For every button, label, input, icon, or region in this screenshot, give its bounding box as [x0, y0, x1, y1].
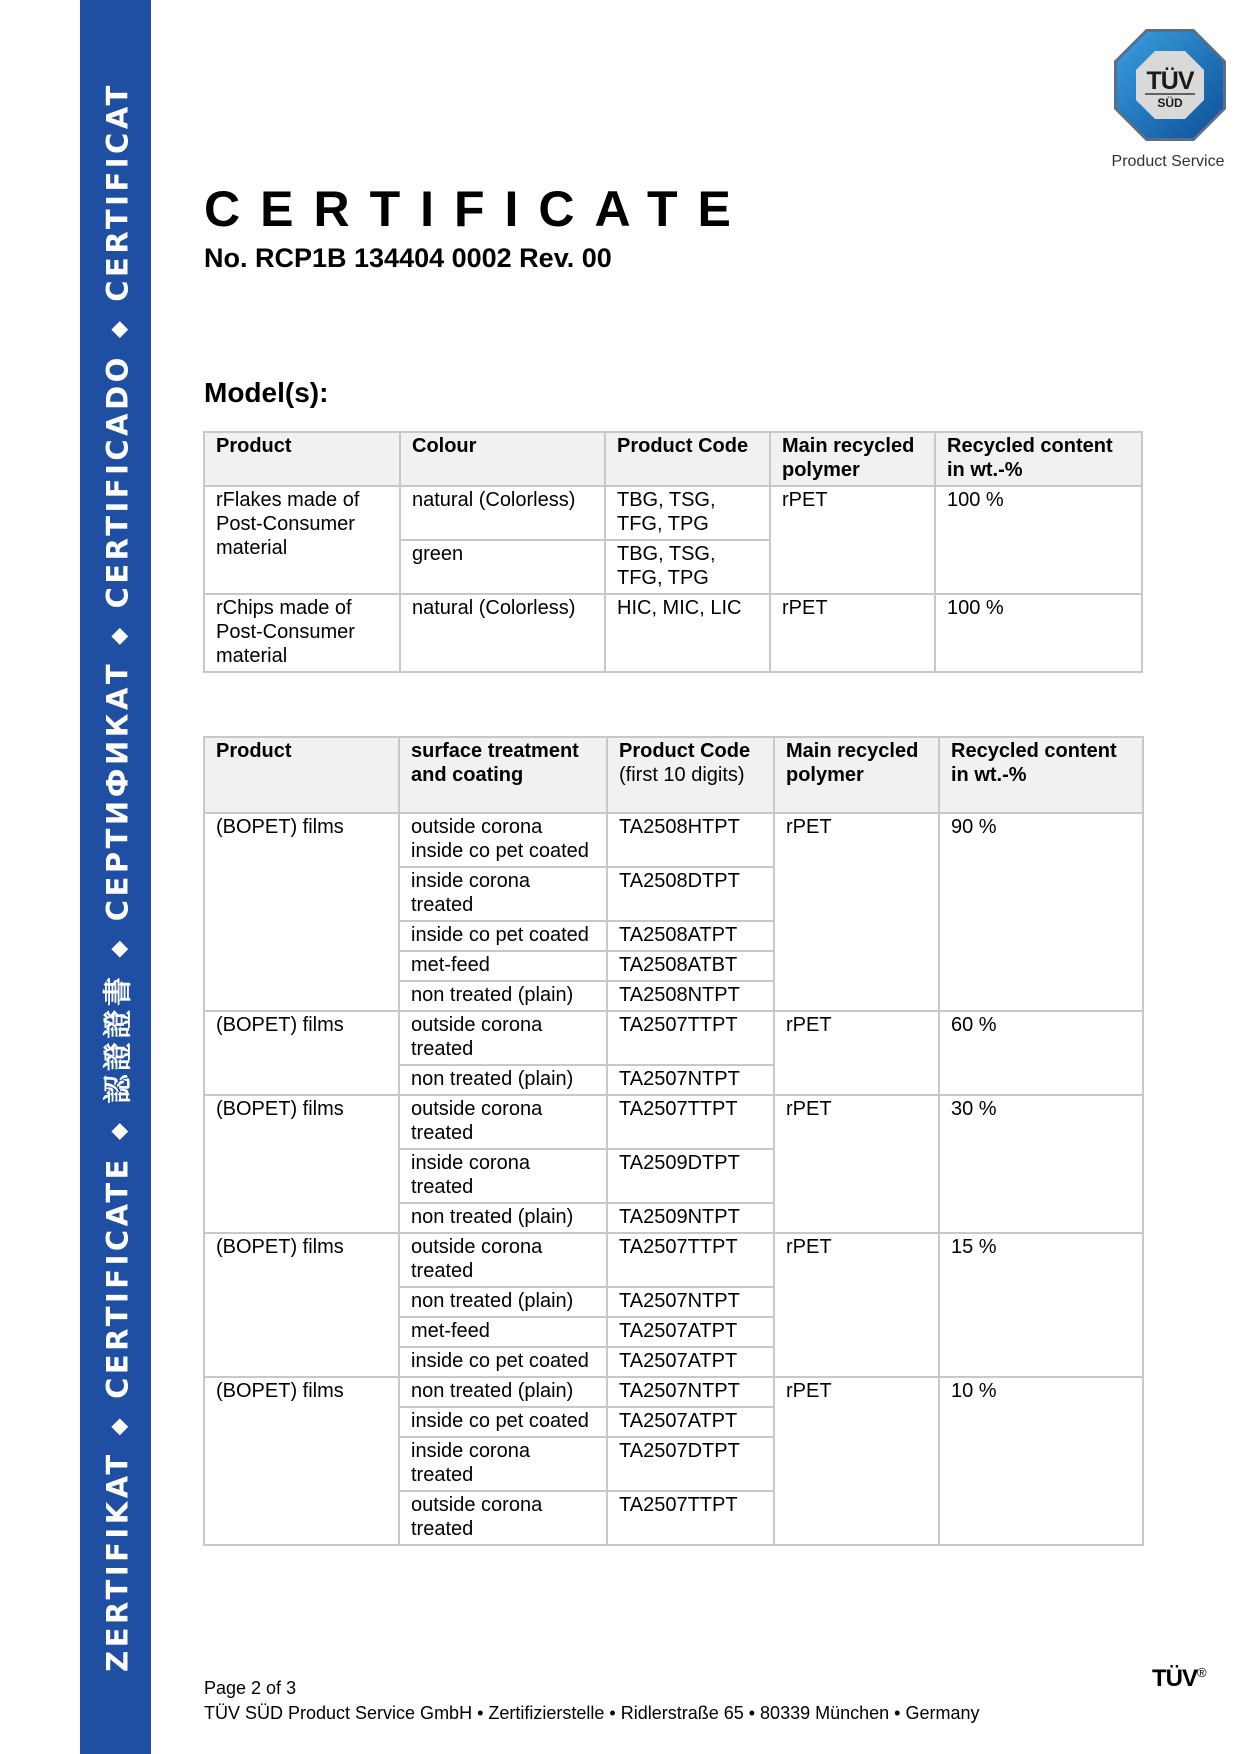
polymer-cell: rPET — [770, 486, 935, 594]
certificate-number: No. RCP1B 134404 0002 Rev. 00 — [204, 243, 612, 274]
tuv-sud-logo-icon: TÜV SÜD — [1112, 27, 1228, 143]
column-header: Recycled content in wt.-% — [935, 432, 1142, 486]
logo-caption: Product Service — [1098, 153, 1238, 171]
sidebar-segment: CERTIFICATE — [100, 1156, 134, 1399]
column-header: Product Code(first 10 digits) — [607, 737, 774, 813]
table-row: rChips made of Post-Consumer materialnat… — [204, 594, 1142, 672]
treatment-cell: non treated (plain) — [399, 981, 607, 1011]
product-code-cell: TA2508ATBT — [607, 951, 774, 981]
product-code-cell: TA2508HTPT — [607, 813, 774, 867]
product-code-cell: TA2507TTPT — [607, 1233, 774, 1287]
treatment-cell: non treated (plain) — [399, 1203, 607, 1233]
product-code-cell: TA2507NTPT — [607, 1377, 774, 1407]
product-cell: (BOPET) films — [204, 1377, 399, 1545]
colour-cell: natural (Colorless) — [400, 486, 605, 540]
product-code-cell: TA2507TTPT — [607, 1491, 774, 1545]
product-cell: (BOPET) films — [204, 1095, 399, 1233]
product-code-cell: TA2507ATPT — [607, 1407, 774, 1437]
recycled-content-cell: 100 % — [935, 486, 1142, 594]
product-code-cell: TBG, TSG, TFG, TPG — [605, 540, 770, 594]
diamond-icon: ◆ — [106, 1415, 131, 1435]
polymer-cell: rPET — [774, 813, 939, 1011]
product-code-cell: TA2508DTPT — [607, 867, 774, 921]
table-row: rFlakes made of Post-Consumer materialna… — [204, 486, 1142, 540]
diamond-icon: ◆ — [106, 624, 131, 644]
product-code-cell: TA2507TTPT — [607, 1095, 774, 1149]
models-table-bopet-films: Productsurface treatment and coatingProd… — [203, 736, 1144, 1546]
table-row: (BOPET) filmsoutside corona treatedTA250… — [204, 1233, 1143, 1287]
product-code-cell: TA2507ATPT — [607, 1317, 774, 1347]
column-header-note: (first 10 digits) — [619, 763, 762, 787]
column-header: Main recycled polymer — [774, 737, 939, 813]
product-code-cell: TBG, TSG, TFG, TPG — [605, 486, 770, 540]
recycled-content-cell: 100 % — [935, 594, 1142, 672]
diamond-icon: ◆ — [106, 937, 131, 957]
product-cell: (BOPET) films — [204, 1011, 399, 1095]
product-code-cell: TA2507ATPT — [607, 1347, 774, 1377]
table-row: (BOPET) filmsoutside corona treatedTA250… — [204, 1095, 1143, 1149]
product-code-cell: TA2508ATPT — [607, 921, 774, 951]
product-cell: (BOPET) films — [204, 813, 399, 1011]
column-header: Main recycled polymer — [770, 432, 935, 486]
column-header: Colour — [400, 432, 605, 486]
treatment-cell: inside corona treated — [399, 1149, 607, 1203]
recycled-content-cell: 30 % — [939, 1095, 1143, 1233]
product-cell: rChips made of Post-Consumer material — [204, 594, 400, 672]
page-number: Page 2 of 3 — [204, 1678, 296, 1699]
table-row: (BOPET) filmsoutside corona inside co pe… — [204, 813, 1143, 867]
treatment-cell: inside co pet coated — [399, 921, 607, 951]
polymer-cell: rPET — [774, 1095, 939, 1233]
diamond-icon: ◆ — [106, 318, 131, 338]
column-header: Recycled content in wt.-% — [939, 737, 1143, 813]
column-header: Product — [204, 432, 400, 486]
product-code-cell: TA2507TTPT — [607, 1011, 774, 1065]
column-header: Product Code — [605, 432, 770, 486]
product-code-cell: TA2509NTPT — [607, 1203, 774, 1233]
column-header: surface treatment and coating — [399, 737, 607, 813]
treatment-cell: outside corona treated — [399, 1095, 607, 1149]
tuv-trademark: TÜV® — [1152, 1665, 1207, 1693]
colour-cell: natural (Colorless) — [400, 594, 605, 672]
product-code-cell: HIC, MIC, LIC — [605, 594, 770, 672]
polymer-cell: rPET — [770, 594, 935, 672]
registered-icon: ® — [1197, 1665, 1207, 1680]
certificate-sidebar-band: ZERTIFIKAT◆CERTIFICATE◆認證證書◆СЕРТИФИКАТ◆C… — [80, 0, 151, 1754]
product-code-cell: TA2507NTPT — [607, 1287, 774, 1317]
treatment-cell: met-feed — [399, 951, 607, 981]
product-code-cell: TA2508NTPT — [607, 981, 774, 1011]
column-header: Product — [204, 737, 399, 813]
issuer-address: TÜV SÜD Product Service GmbH • Zertifizi… — [204, 1703, 979, 1724]
diamond-icon: ◆ — [106, 1120, 131, 1140]
sidebar-segment: 認證證書 — [100, 974, 134, 1104]
recycled-content-cell: 90 % — [939, 813, 1143, 1011]
sidebar-segment: СЕРТИФИКАТ — [100, 661, 134, 921]
recycled-content-cell: 60 % — [939, 1011, 1143, 1095]
sidebar-segment: CERTIFICAT — [100, 82, 134, 302]
page-title: CERTIFICATE — [204, 180, 751, 238]
treatment-cell: inside corona treated — [399, 1437, 607, 1491]
product-code-cell: TA2509DTPT — [607, 1149, 774, 1203]
product-code-cell: TA2507DTPT — [607, 1437, 774, 1491]
models-table-raw-material: ProductColourProduct CodeMain recycled p… — [203, 431, 1143, 673]
sidebar-segment: CERTIFICADO — [100, 354, 134, 608]
trademark-text: TÜV — [1152, 1665, 1197, 1692]
colour-cell: green — [400, 540, 605, 594]
polymer-cell: rPET — [774, 1233, 939, 1377]
polymer-cell: rPET — [774, 1011, 939, 1095]
treatment-cell: non treated (plain) — [399, 1287, 607, 1317]
models-heading: Model(s): — [204, 377, 328, 409]
product-code-cell: TA2507NTPT — [607, 1065, 774, 1095]
treatment-cell: outside corona treated — [399, 1491, 607, 1545]
treatment-cell: outside corona inside co pet coated — [399, 813, 607, 867]
polymer-cell: rPET — [774, 1377, 939, 1545]
table-row: (BOPET) filmsnon treated (plain)TA2507NT… — [204, 1377, 1143, 1407]
recycled-content-cell: 15 % — [939, 1233, 1143, 1377]
recycled-content-cell: 10 % — [939, 1377, 1143, 1545]
treatment-cell: outside corona treated — [399, 1233, 607, 1287]
treatment-cell: non treated (plain) — [399, 1377, 607, 1407]
product-cell: rFlakes made of Post-Consumer material — [204, 486, 400, 594]
treatment-cell: non treated (plain) — [399, 1065, 607, 1095]
treatment-cell: outside corona treated — [399, 1011, 607, 1065]
sidebar-segment: ZERTIFIKAT — [100, 1451, 134, 1671]
svg-text:TÜV: TÜV — [1147, 66, 1195, 95]
product-cell: (BOPET) films — [204, 1233, 399, 1377]
treatment-cell: inside corona treated — [399, 867, 607, 921]
multilingual-certificate-label: ZERTIFIKAT◆CERTIFICATE◆認證證書◆СЕРТИФИКАТ◆C… — [95, 82, 136, 1672]
treatment-cell: met-feed — [399, 1317, 607, 1347]
table-row: (BOPET) filmsoutside corona treatedTA250… — [204, 1011, 1143, 1065]
treatment-cell: inside co pet coated — [399, 1407, 607, 1437]
treatment-cell: inside co pet coated — [399, 1347, 607, 1377]
svg-text:SÜD: SÜD — [1157, 95, 1183, 110]
